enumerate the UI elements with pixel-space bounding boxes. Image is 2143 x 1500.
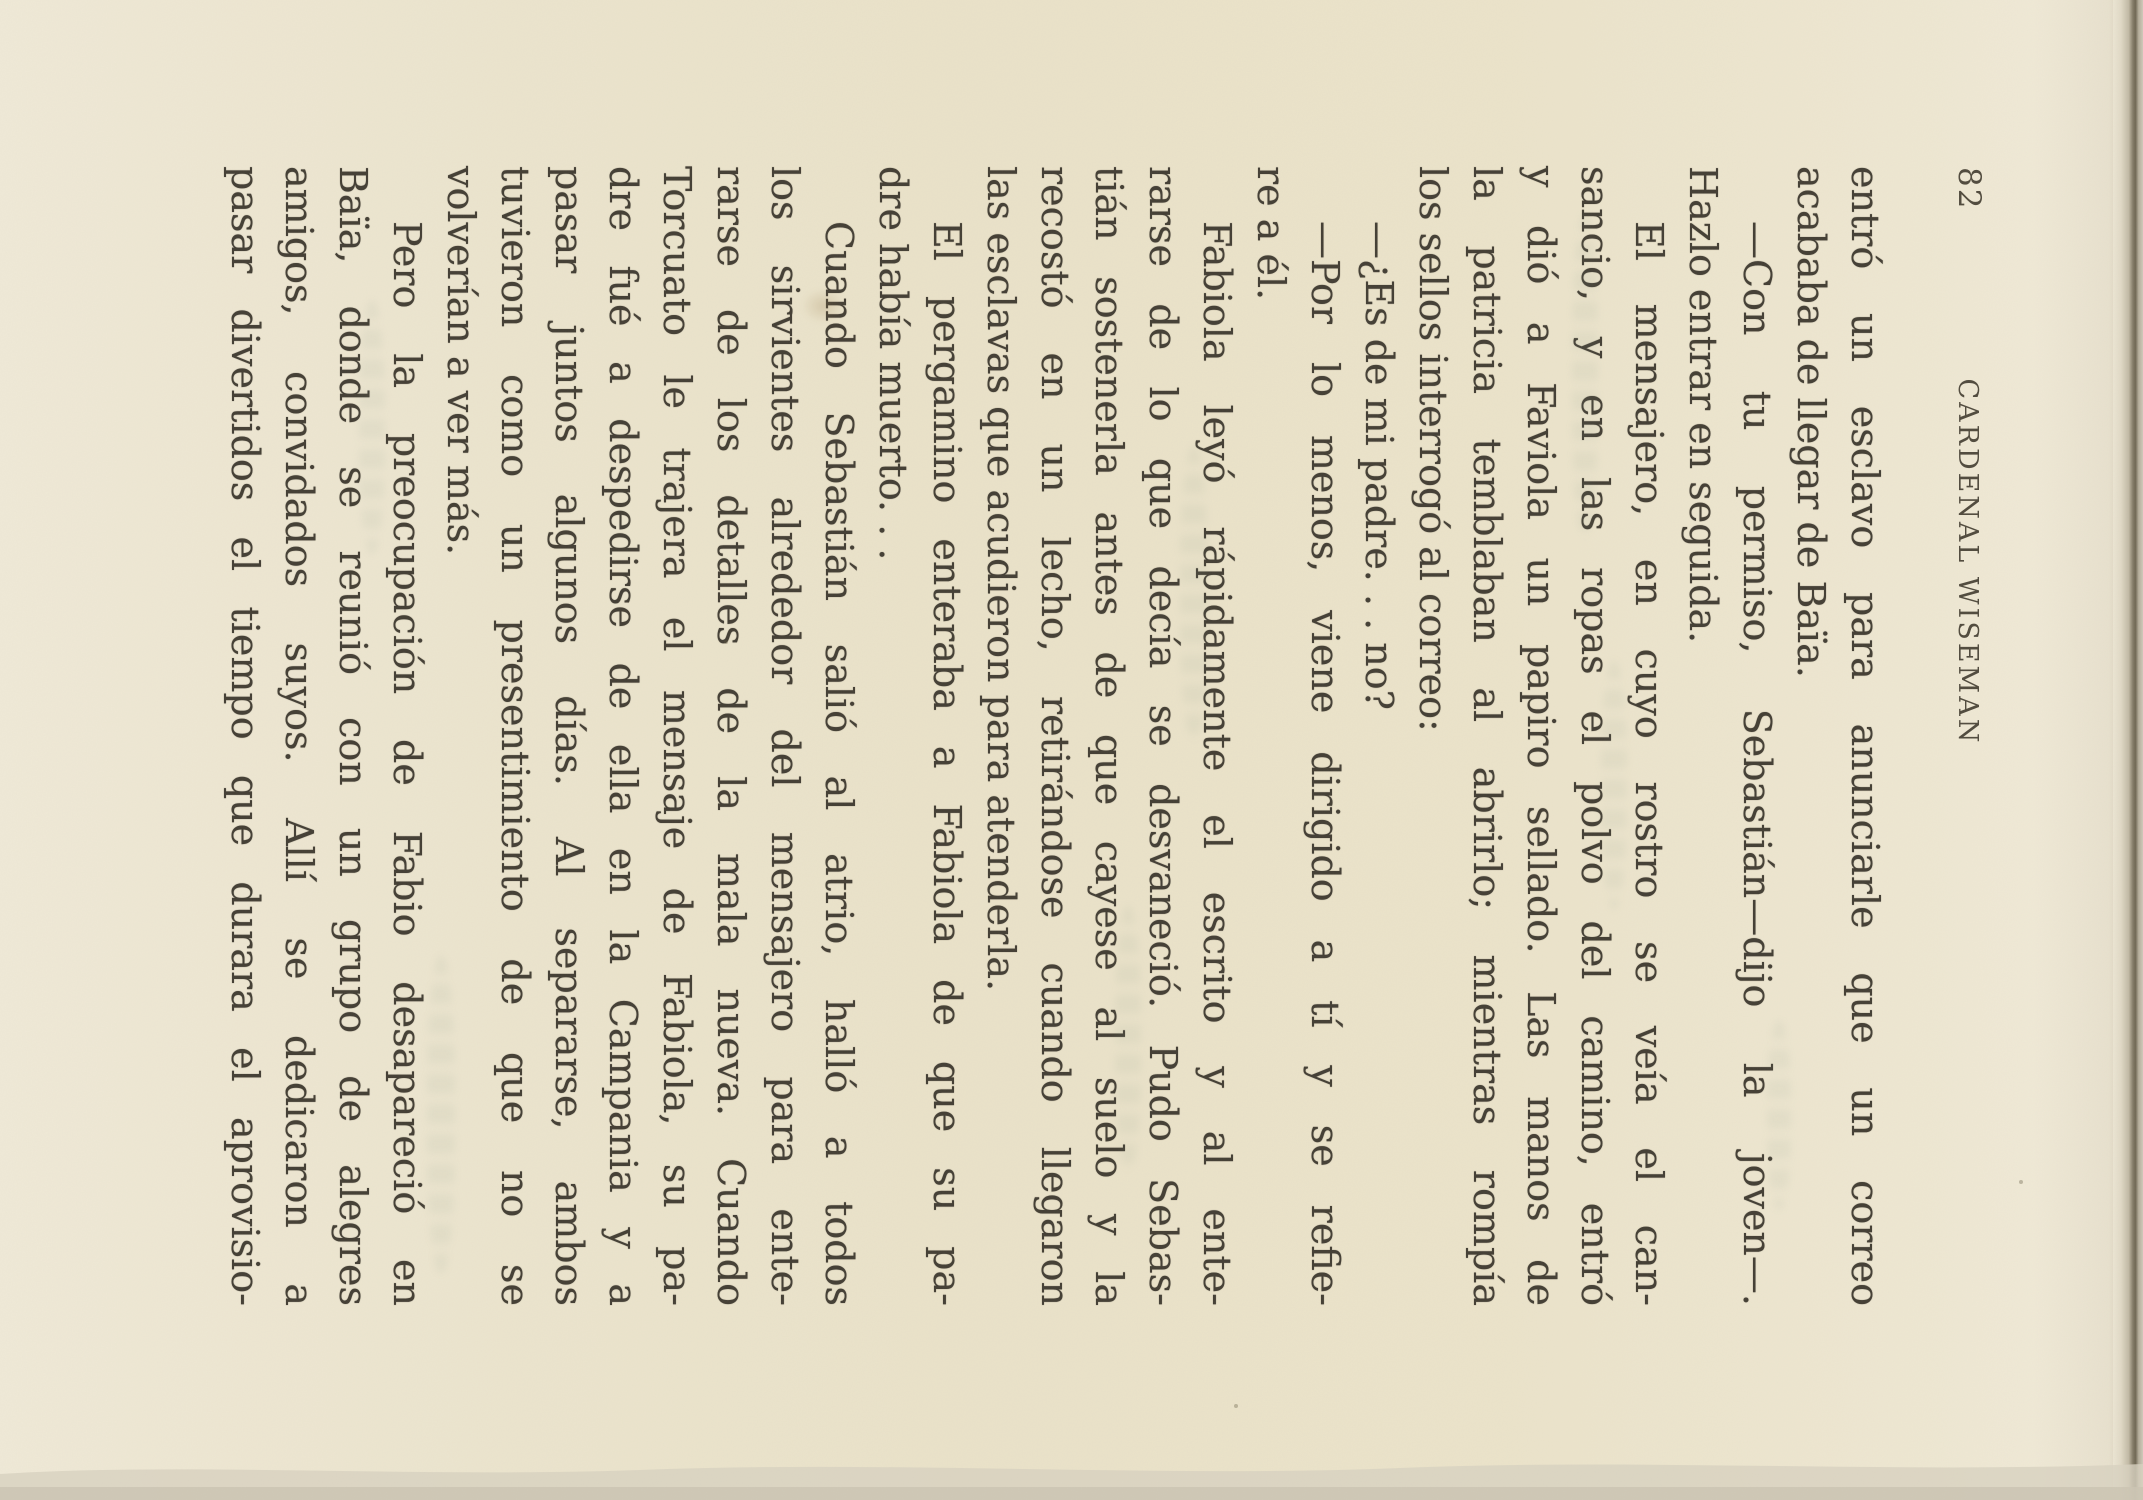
ink-bleed-through [1115, 905, 1141, 1175]
running-title: CARDENAL WISEMAN [1952, 378, 1983, 745]
paper-speck [724, 640, 728, 644]
text-line: los sellos interrogó al correo: [1406, 166, 1460, 1306]
page-text: entró un esclavo para anunciarle que un … [218, 166, 1892, 1306]
text-line: amigos, convidados suyos. Allí se dedica… [272, 166, 326, 1306]
scanned-book-page: 82 CARDENAL WISEMAN entró un esclavo par… [0, 0, 2143, 1500]
text-line: Torcuato le trajera el mensaje de Fabiol… [650, 166, 704, 1306]
text-line: —¿Es de mi padre. . . no? [1352, 166, 1406, 1306]
paper-speck [1234, 1404, 1238, 1408]
text-line: acababa de llegar de Baïa. [1784, 166, 1838, 1306]
text-line: rarse de los detalles de la mala nueva. … [704, 166, 758, 1306]
text-line: dre fué a despedirse de ella en la Campa… [596, 166, 650, 1306]
book-page: 82 CARDENAL WISEMAN entró un esclavo par… [0, 0, 2143, 1500]
text-line: re a él. [1244, 166, 1298, 1306]
text-line: El mensajero, en cuyo rostro se veía el … [1622, 166, 1676, 1306]
paper-stain [801, 288, 845, 324]
text-line: entró un esclavo para anunciarle que un … [1838, 166, 1892, 1306]
ink-bleed-through [1601, 660, 1627, 910]
text-line: pasar juntos algunos días. Al separarse,… [542, 166, 596, 1306]
text-line: El pergamino enteraba a Fabiola de que s… [920, 166, 974, 1306]
text-line: pasar divertidos el tiempo que durara el… [218, 166, 272, 1306]
text-line: dre había muerto. . . [866, 166, 920, 1306]
text-line: tuvieron como un presentimiento de que n… [488, 166, 542, 1306]
page-curvature-shadow [2033, 0, 2113, 1500]
text-line: Hazlo entrar en seguida. [1676, 166, 1730, 1306]
ink-bleed-through [1572, 212, 1598, 542]
page-header: 82 CARDENAL WISEMAN [1951, 167, 1987, 1320]
page-edge-bottom [0, 1440, 2143, 1500]
text-line: la patricia temblaban al abrirlo; mientr… [1460, 166, 1514, 1306]
text-line: Cuando Sebastián salió al atrio, halló a… [812, 166, 866, 1306]
text-line: las esclavas que acudieron para atenderl… [974, 166, 1028, 1306]
ink-bleed-through [427, 955, 455, 1275]
text-line: recostó en un lecho, retirándose cuando … [1028, 166, 1082, 1306]
text-line: y dió a Faviola un papiro sellado. Las m… [1514, 166, 1568, 1306]
ink-bleed-through [1180, 445, 1208, 745]
text-line: rarse de lo que decía se desvaneció. Pud… [1136, 166, 1190, 1306]
ink-bleed-through [359, 300, 385, 555]
paper-speck [2019, 1180, 2023, 1184]
text-line: los sirvientes alrededor del mensajero p… [758, 166, 812, 1306]
scan-bottom-band [0, 1440, 2143, 1500]
text-line: Pero la preocupación de Fabio desapareci… [380, 166, 434, 1306]
page-number: 82 [1951, 167, 1987, 210]
ink-bleed-through [1767, 1020, 1791, 1210]
text-line: —Por lo menos, viene dirigido a tí y se … [1298, 166, 1352, 1306]
page-edge-right [2109, 0, 2143, 1500]
